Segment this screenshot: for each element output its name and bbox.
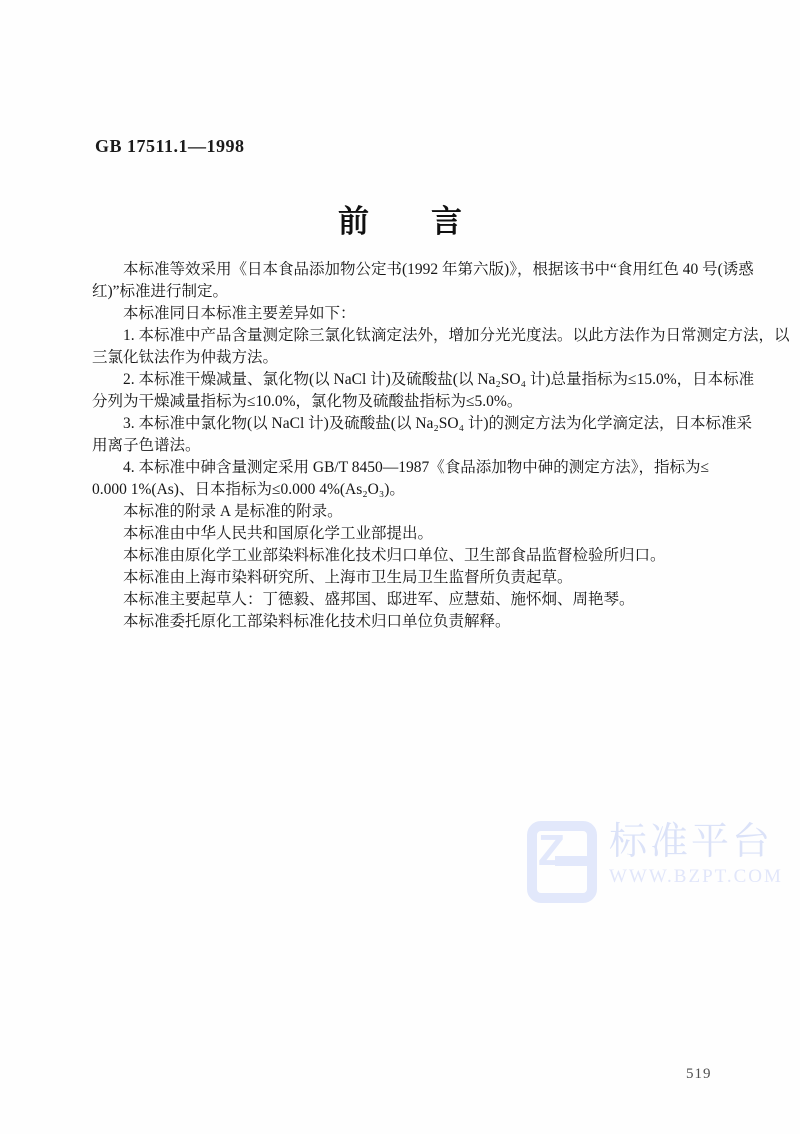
- bzpt-logo-icon: Z: [527, 821, 597, 903]
- body-line: 1. 本标准中产品含量测定除三氯化钛滴定法外，增加分光光度法。以此方法作为日常测…: [92, 325, 714, 347]
- body-line: 本标准的附录 A 是标准的附录。: [92, 501, 714, 523]
- foreword-title: 前 言: [0, 196, 800, 241]
- body-line: 本标准由原化学工业部染料标准化技术归口单位、卫生部食品监督检验所归口。: [92, 545, 714, 567]
- page-number: 519: [686, 1066, 712, 1083]
- document-page: GB 17511.1—1998 前 言 本标准等效采用《日本食品添加物公定书(1…: [0, 0, 800, 1134]
- logo-letter: Z: [538, 829, 565, 873]
- standard-number: GB 17511.1—1998: [95, 136, 245, 157]
- body-line: 三氯化钛法作为仲裁方法。: [92, 347, 714, 369]
- body-line: 分列为干燥减量指标为≤10.0%，氯化物及硫酸盐指标为≤5.0%。: [92, 391, 714, 413]
- body-line: 2. 本标准干燥减量、氯化物(以 NaCl 计)及硫酸盐(以 Na₂SO₄ 计)…: [92, 369, 714, 391]
- body-line: 本标准同日本标准主要差异如下：: [92, 303, 714, 325]
- watermark-text: 标准平台 WWW.BZPT.COM: [609, 821, 783, 888]
- body-line: 4. 本标准中砷含量测定采用 GB/T 8450—1987《食品添加物中砷的测定…: [92, 457, 714, 479]
- body-line: 0.000 1%(As)、日本指标为≤0.000 4%(As₂O₃)。: [92, 479, 714, 501]
- body-line: 本标准委托原化工部染料标准化技术归口单位负责解释。: [92, 611, 714, 633]
- foreword-body: 本标准等效采用《日本食品添加物公定书(1992 年第六版)》，根据该书中“食用红…: [92, 259, 714, 633]
- body-line: 用离子色谱法。: [92, 435, 714, 457]
- watermark: Z 标准平台 WWW.BZPT.COM: [527, 821, 783, 903]
- body-line: 本标准等效采用《日本食品添加物公定书(1992 年第六版)》，根据该书中“食用红…: [92, 259, 714, 281]
- watermark-brand: 标准平台: [609, 821, 783, 865]
- body-line: 本标准主要起草人：丁德毅、盛邦国、邸进军、应慧茹、施怀炯、周艳琴。: [92, 589, 714, 611]
- watermark-url: WWW.BZPT.COM: [609, 866, 783, 888]
- body-line: 本标准由中华人民共和国原化学工业部提出。: [92, 523, 714, 545]
- body-line: 红)”标准进行制定。: [92, 281, 714, 303]
- body-line: 3. 本标准中氯化物(以 NaCl 计)及硫酸盐(以 Na₂SO₄ 计)的测定方…: [92, 413, 714, 435]
- body-line: 本标准由上海市染料研究所、上海市卫生局卫生监督所负责起草。: [92, 567, 714, 589]
- logo-bar: [555, 856, 597, 866]
